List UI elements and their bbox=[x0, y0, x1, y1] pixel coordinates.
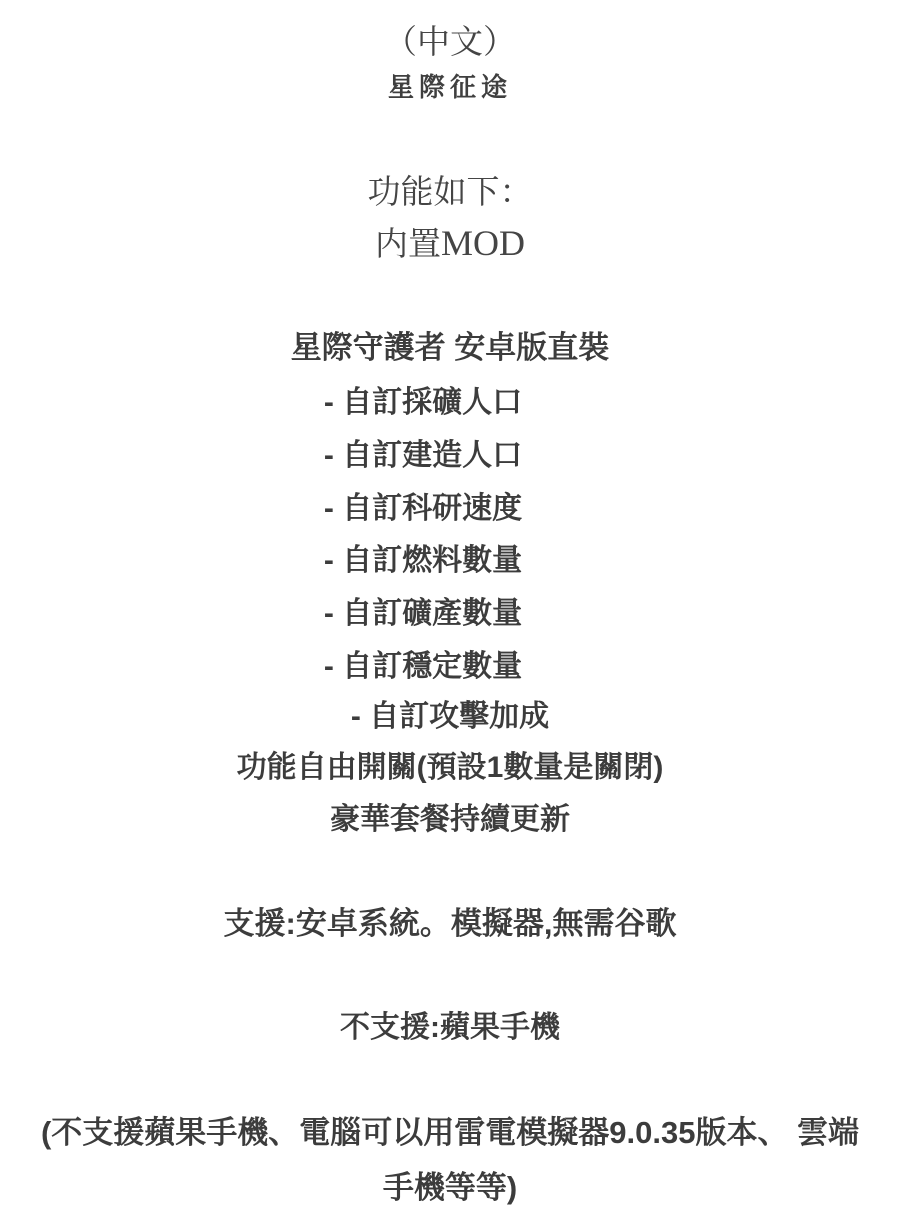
feature-item-research-speed: - 自訂科研速度 bbox=[0, 489, 873, 530]
mod-package-title: 星際守護者 安卓版直裝 bbox=[0, 327, 900, 369]
update-note: 豪華套餐持續更新 bbox=[0, 800, 900, 841]
builtin-mod-latin: MOD bbox=[441, 223, 525, 263]
toggle-note: 功能自由開關(預設1數量是關閉) bbox=[0, 748, 900, 789]
footnote-line-1: (不支援蘋果手機、電腦可以用雷電模擬器9.0.35版本、 雲端 bbox=[0, 1112, 900, 1154]
unsupported-platforms-note: 不支援:蘋果手機 bbox=[0, 1008, 900, 1049]
feature-item-mineral-amount: - 自訂礦產數量 bbox=[0, 594, 873, 635]
feature-item-build-population: - 自訂建造人口 bbox=[0, 436, 873, 477]
feature-item-fuel-amount: - 自訂燃料數量 bbox=[0, 541, 873, 582]
builtin-mod-label: 内置MOD bbox=[0, 222, 900, 267]
features-heading: 功能如下： bbox=[0, 170, 900, 215]
document-page: （中文） 星際征途 功能如下： 内置MOD 星際守護者 安卓版直裝 - 自訂採礦… bbox=[0, 0, 900, 1232]
builtin-mod-cjk: 内置 bbox=[375, 225, 441, 262]
feature-item-attack-bonus: - 自訂攻擊加成 bbox=[0, 697, 900, 738]
language-note: （中文） bbox=[0, 20, 900, 65]
footnote-line-2: 手機等等) bbox=[0, 1167, 900, 1209]
feature-item-mining-population: - 自訂採礦人口 bbox=[0, 383, 873, 424]
supported-platforms-note: 支援:安卓系統。模擬器,無需谷歌 bbox=[0, 903, 900, 945]
game-title: 星際征途 bbox=[0, 70, 900, 105]
feature-item-stability-amount: - 自訂穩定數量 bbox=[0, 647, 873, 688]
